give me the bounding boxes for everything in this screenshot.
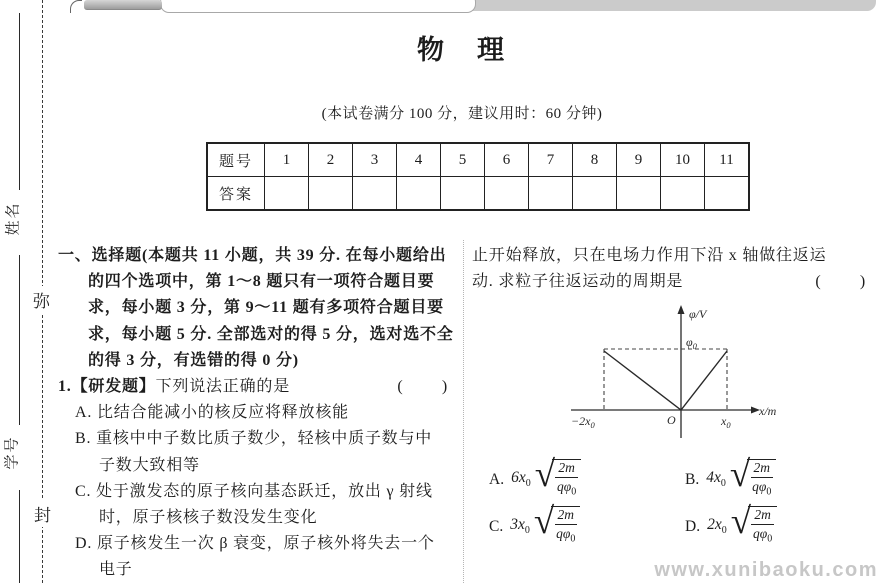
coefficient: 4x0 bbox=[706, 469, 726, 489]
table-cell: 5 bbox=[441, 143, 485, 177]
square-root: √ 2m qφ0 bbox=[731, 506, 778, 548]
answer-cell bbox=[353, 177, 397, 211]
answer-bracket: ( ) bbox=[397, 374, 458, 400]
margin-fill-line bbox=[19, 490, 20, 583]
answer-bracket: ( ) bbox=[815, 269, 876, 295]
exam-paper-page: 姓名 学号 弥 封 物 理 (本试卷满分 100 分，建议用时：60 分钟) 题… bbox=[0, 0, 884, 583]
table-cell: 7 bbox=[529, 143, 573, 177]
option-line-a: A. 比结合能减小的核反应将释放核能 bbox=[58, 400, 458, 426]
answer-cell bbox=[617, 177, 661, 211]
square-root: √ 2m qφ0 bbox=[534, 506, 581, 548]
section-instructions-line: 求，每小题 3 分，第 9～11 题有多项符合题目要 bbox=[58, 295, 458, 321]
origin-label: O bbox=[667, 413, 676, 427]
phi0-label: φ0 bbox=[686, 335, 698, 351]
radical-sign: √ bbox=[535, 458, 555, 492]
table-cell: 3 bbox=[353, 143, 397, 177]
numerator: 2m bbox=[751, 507, 774, 525]
scan-artifact-white-strip bbox=[160, 0, 476, 13]
square-root: √ 2m qφ0 bbox=[535, 459, 582, 501]
seal-character-feng: 封 bbox=[32, 500, 53, 527]
question-stem-line: 止开始释放，只在电场力作用下沿 x 轴做往返运 bbox=[472, 243, 876, 269]
table-cell: 10 bbox=[661, 143, 705, 177]
column-divider bbox=[463, 240, 464, 583]
section-instructions-line: 一、选择题(本题共 11 小题，共 39 分. 在每小题给出 bbox=[58, 243, 458, 269]
answer-cell bbox=[573, 177, 617, 211]
numerator: 2m bbox=[555, 507, 578, 525]
section-instructions-line: 的得 3 分，有选错的得 0 分) bbox=[58, 348, 458, 374]
option-label: B. bbox=[685, 471, 699, 489]
answer-cell bbox=[397, 177, 441, 211]
x-left-label: −2x0 bbox=[571, 414, 595, 430]
radical-sign: √ bbox=[730, 458, 750, 492]
answer-cell bbox=[705, 177, 750, 211]
right-column: 止开始释放，只在电场力作用下沿 x 轴做往返运 动. 求粒子往返运动的周期是 (… bbox=[472, 243, 876, 295]
table-cell: 6 bbox=[485, 143, 529, 177]
table-cell: 1 bbox=[265, 143, 309, 177]
denominator: qφ0 bbox=[554, 525, 577, 548]
potential-position-graph: φ/V φ0 O −2x0 x0 x/m bbox=[563, 302, 781, 442]
answer-table: 题号 1 2 3 4 5 6 7 8 9 10 11 答案 bbox=[206, 142, 750, 211]
x-axis-label: x/m bbox=[758, 404, 777, 418]
numerator: 2m bbox=[751, 460, 774, 478]
option-a-formula: A. 6x0 √ 2m qφ0 bbox=[489, 459, 685, 501]
fraction: 2m qφ0 bbox=[551, 506, 580, 548]
question-number-header: 题号 bbox=[207, 143, 265, 177]
scan-artifact-curve bbox=[70, 0, 82, 13]
option-d-formula: D. 2x0 √ 2m qφ0 bbox=[685, 506, 881, 548]
seal-character-mi: 弥 bbox=[31, 286, 52, 313]
answer-header: 答案 bbox=[207, 177, 265, 211]
table-cell: 9 bbox=[617, 143, 661, 177]
coefficient: 3x0 bbox=[510, 516, 530, 536]
radical-sign: √ bbox=[731, 505, 751, 539]
table-cell: 11 bbox=[705, 143, 750, 177]
question-1-line: 1.【研发题】 下列说法正确的是 ( ) bbox=[58, 374, 458, 400]
watermark: www.xunibaoku.com bbox=[654, 559, 878, 582]
answer-row: 答案 bbox=[207, 177, 749, 211]
question-stem-text: 动. 求粒子往返运动的周期是 bbox=[472, 269, 683, 295]
exam-subtitle: (本试卷满分 100 分，建议用时：60 分钟) bbox=[40, 102, 884, 123]
formula-options: A. 6x0 √ 2m qφ0 B. 4x0 √ 2m qφ0 C. bbox=[489, 456, 881, 550]
coefficient: 6x0 bbox=[511, 469, 531, 489]
table-cell: 8 bbox=[573, 143, 617, 177]
option-line-c: C. 处于激发态的原子核向基态跃迁，放出 γ 射线 bbox=[58, 479, 458, 505]
numerator: 2m bbox=[555, 460, 578, 478]
y-axis-label: φ/V bbox=[689, 307, 708, 321]
option-line-d: D. 原子核发生一次 β 衰变，原子核外将失去一个 bbox=[58, 531, 458, 557]
left-column: 一、选择题(本题共 11 小题，共 39 分. 在每小题给出 的四个选项中，第 … bbox=[58, 243, 458, 583]
radical-sign: √ bbox=[534, 505, 554, 539]
question-1-tag: 1.【研发题】 bbox=[58, 374, 156, 400]
answer-cell bbox=[265, 177, 309, 211]
option-line-c2: 时，原子核核子数没发生变化 bbox=[58, 505, 458, 531]
table-cell: 2 bbox=[309, 143, 353, 177]
scan-artifact-grey-strip bbox=[472, 0, 876, 11]
table-cell: 4 bbox=[397, 143, 441, 177]
fraction: 2m qφ0 bbox=[552, 459, 581, 501]
option-c-formula: C. 3x0 √ 2m qφ0 bbox=[489, 506, 685, 548]
option-label: C. bbox=[489, 518, 503, 536]
answer-cell bbox=[309, 177, 353, 211]
scan-artifact-tab bbox=[84, 0, 162, 10]
answer-cell bbox=[485, 177, 529, 211]
fraction: 2m qφ0 bbox=[748, 506, 777, 548]
potential-curve bbox=[604, 351, 727, 410]
question-1-stem: 下列说法正确的是 bbox=[156, 374, 290, 400]
option-line-b: B. 重核中中子数比质子数少，轻核中质子数与中 bbox=[58, 426, 458, 452]
option-line-b2: 子数大致相等 bbox=[58, 453, 458, 479]
square-root: √ 2m qφ0 bbox=[730, 459, 777, 501]
answer-cell bbox=[441, 177, 485, 211]
question-number-row: 题号 1 2 3 4 5 6 7 8 9 10 11 bbox=[207, 143, 749, 177]
denominator: qφ0 bbox=[750, 478, 773, 501]
y-axis-arrow bbox=[678, 305, 685, 314]
section-instructions-line: 求，每小题 5 分. 全部选对的得 5 分，选对选不全 bbox=[58, 322, 458, 348]
coefficient: 2x0 bbox=[707, 516, 727, 536]
answer-cell bbox=[529, 177, 573, 211]
question-stem-line: 动. 求粒子往返运动的周期是 ( ) bbox=[472, 269, 876, 295]
fraction: 2m qφ0 bbox=[747, 459, 776, 501]
name-fill-line bbox=[19, 13, 20, 190]
section-instructions-line: 的四个选项中，第 1～8 题只有一项符合题目要 bbox=[58, 269, 458, 295]
x-right-label: x0 bbox=[720, 414, 731, 430]
student-id-label: 学号 bbox=[1, 430, 22, 476]
answer-cell bbox=[661, 177, 705, 211]
page-title: 物 理 bbox=[40, 28, 884, 67]
denominator: qφ0 bbox=[751, 525, 774, 548]
option-b-formula: B. 4x0 √ 2m qφ0 bbox=[685, 459, 881, 501]
name-label: 姓名 bbox=[2, 196, 23, 242]
denominator: qφ0 bbox=[555, 478, 578, 501]
option-label: A. bbox=[489, 471, 504, 489]
student-id-fill-line bbox=[19, 255, 20, 425]
option-label: D. bbox=[685, 518, 700, 536]
option-line-d2: 电子 bbox=[58, 557, 458, 583]
